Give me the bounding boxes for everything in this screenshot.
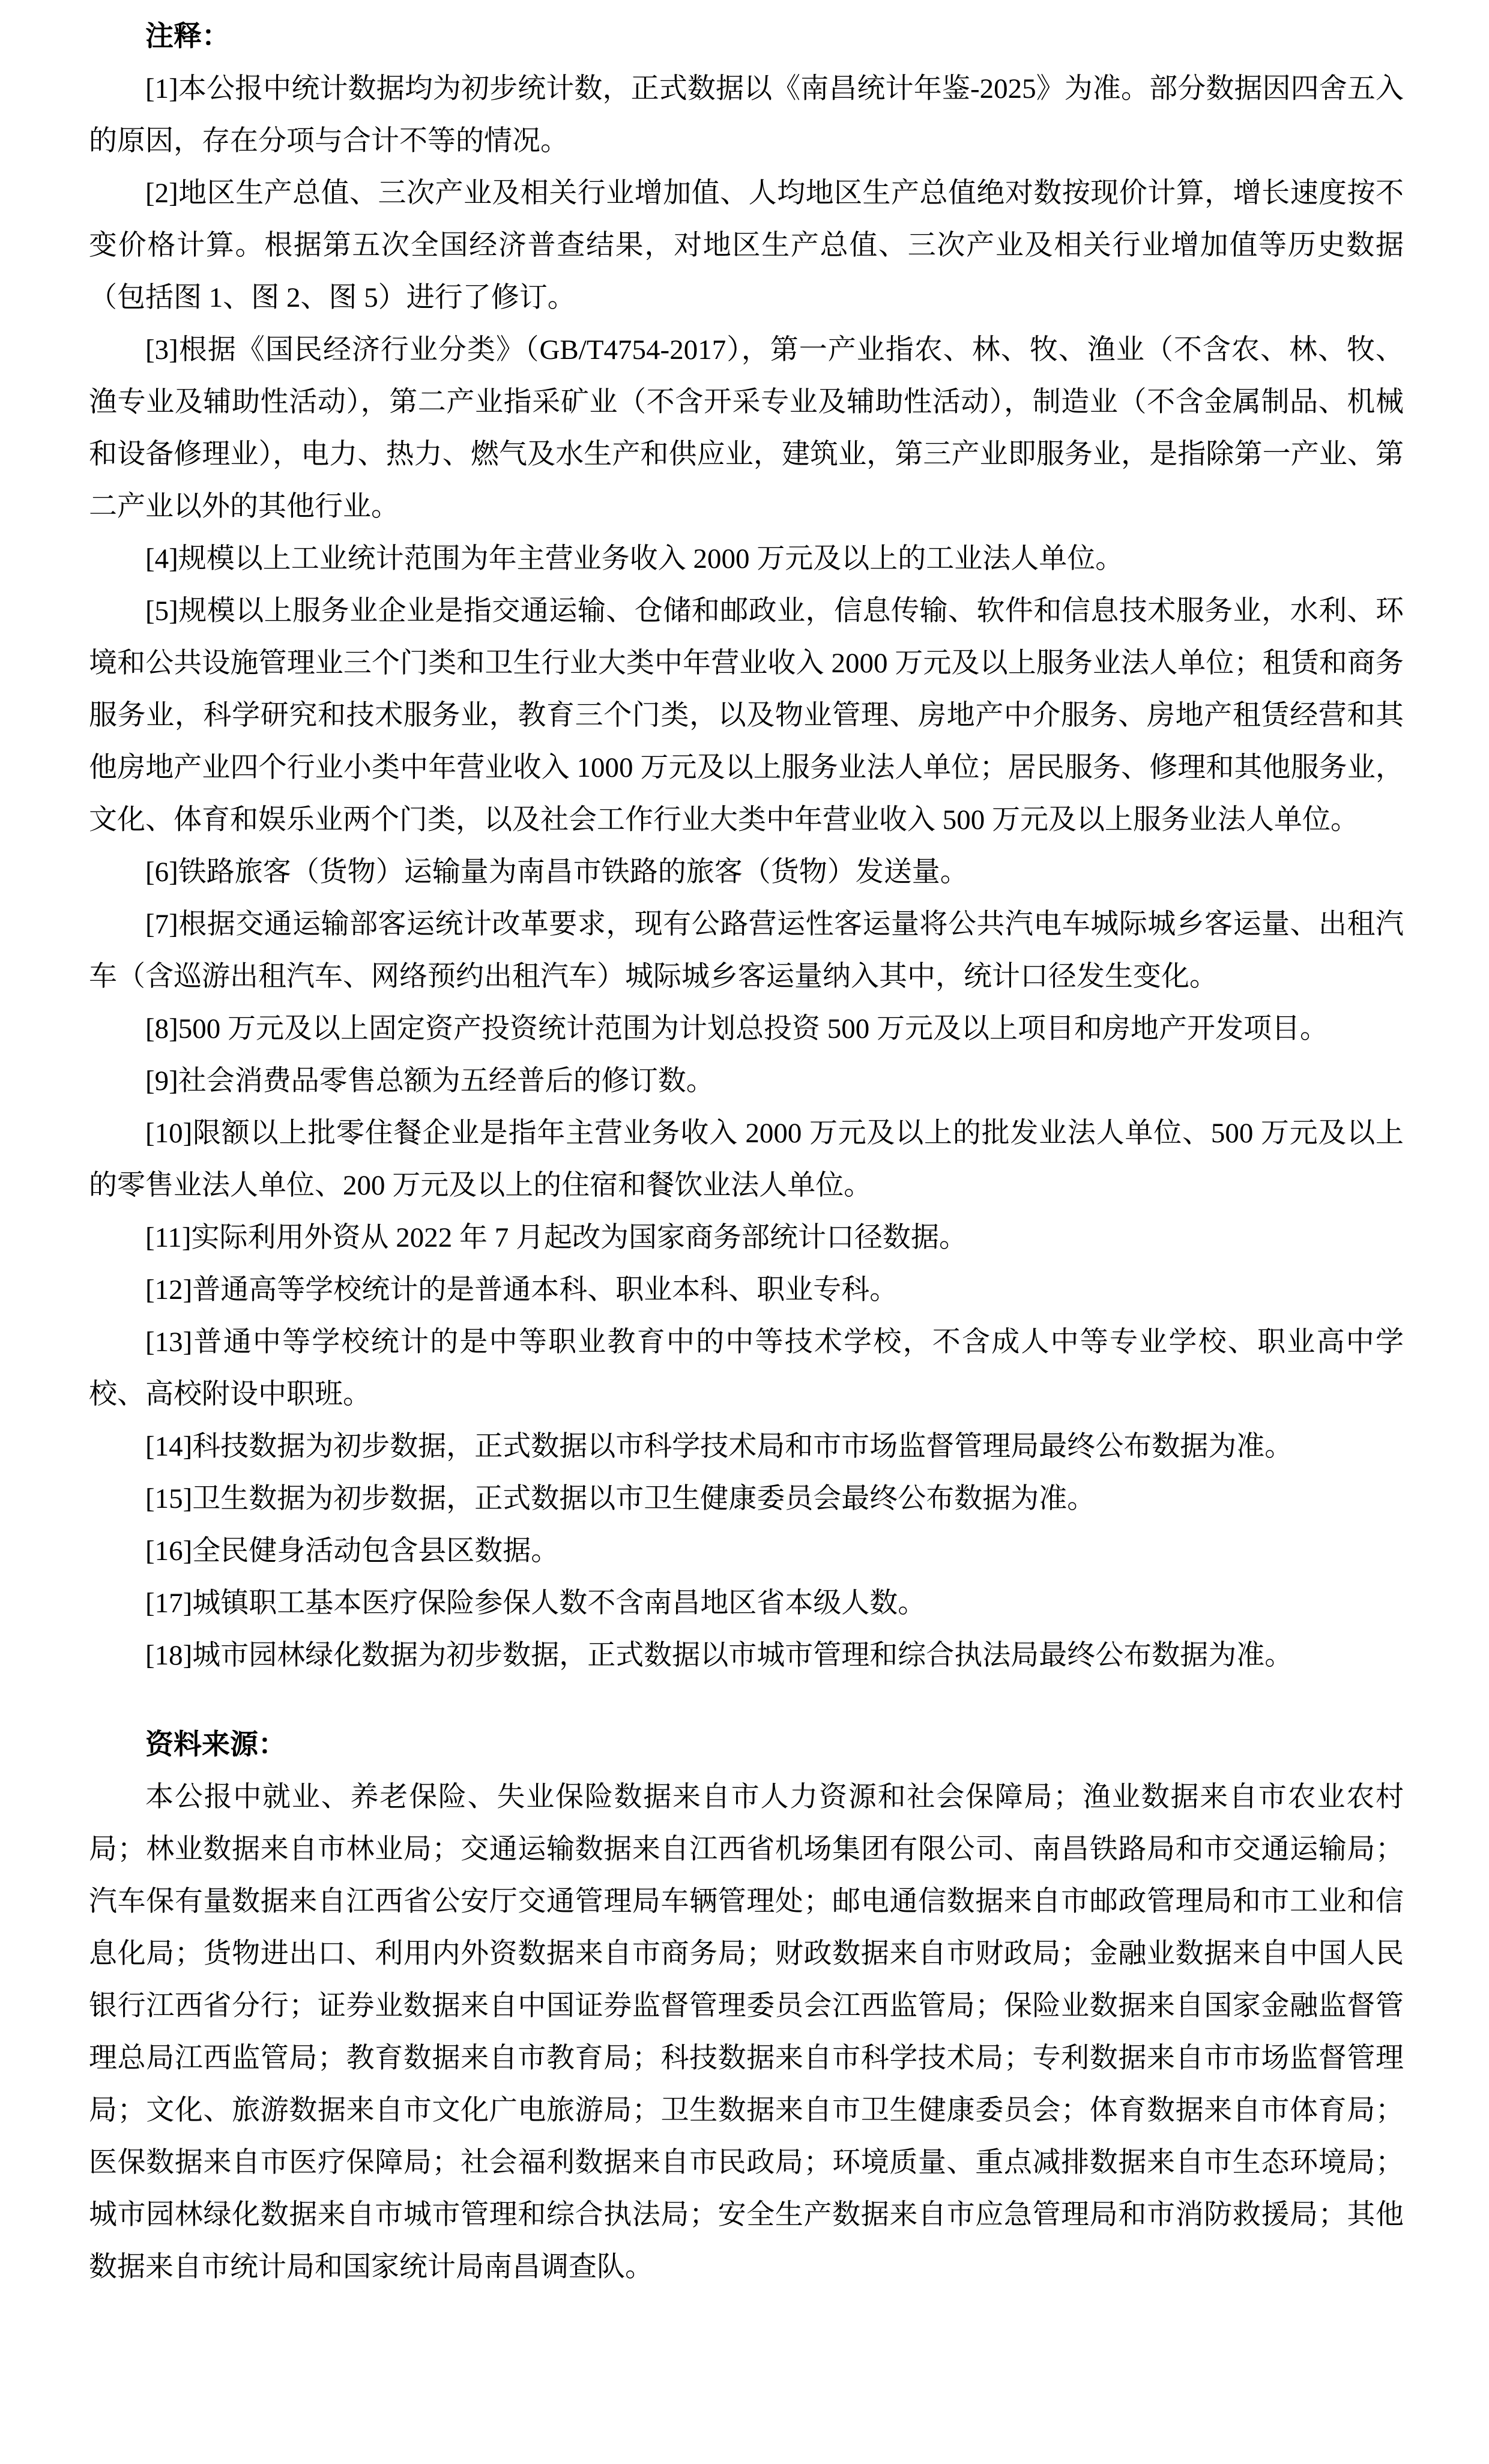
note-paragraph: [13]普通中等学校统计的是中等职业教育中的中等技术学校，不含成人中等专业学校、… bbox=[89, 1316, 1404, 1421]
sources-heading: 资料来源： bbox=[89, 1719, 1404, 1771]
note-paragraph: [16]全民健身活动包含县区数据。 bbox=[89, 1525, 1404, 1577]
note-paragraph: [10]限额以上批零住餐企业是指年主营业务收入 2000 万元及以上的批发业法人… bbox=[89, 1107, 1404, 1212]
note-paragraph: [12]普通高等学校统计的是普通本科、职业本科、职业专科。 bbox=[89, 1264, 1404, 1316]
note-paragraph: [8]500 万元及以上固定资产投资统计范围为计划总投资 500 万元及以上项目… bbox=[89, 1003, 1404, 1055]
note-paragraph: [7]根据交通运输部客运统计改革要求，现有公路营运性客运量将公共汽电车城际城乡客… bbox=[89, 899, 1404, 1003]
note-paragraph: [15]卫生数据为初步数据，正式数据以市卫生健康委员会最终公布数据为准。 bbox=[89, 1473, 1404, 1525]
note-paragraph: [4]规模以上工业统计范围为年主营业务收入 2000 万元及以上的工业法人单位。 bbox=[89, 533, 1404, 585]
note-paragraph: [5]规模以上服务业企业是指交通运输、仓储和邮政业，信息传输、软件和信息技术服务… bbox=[89, 585, 1404, 846]
notes-list: [1]本公报中统计数据均为初步统计数，正式数据以《南昌统计年鉴-2025》为准。… bbox=[89, 63, 1404, 1682]
note-paragraph: [11]实际利用外资从 2022 年 7 月起改为国家商务部统计口径数据。 bbox=[89, 1212, 1404, 1264]
sources-paragraph: 本公报中就业、养老保险、失业保险数据来自市人力资源和社会保障局；渔业数据来自市农… bbox=[89, 1771, 1404, 2294]
note-paragraph: [18]城市园林绿化数据为初步数据，正式数据以市城市管理和综合执法局最终公布数据… bbox=[89, 1630, 1404, 1682]
note-paragraph: [2]地区生产总值、三次产业及相关行业增加值、人均地区生产总值绝对数按现价计算，… bbox=[89, 167, 1404, 324]
notes-heading: 注释： bbox=[89, 11, 1404, 63]
note-paragraph: [14]科技数据为初步数据，正式数据以市科学技术局和市市场监督管理局最终公布数据… bbox=[89, 1421, 1404, 1473]
note-paragraph: [17]城镇职工基本医疗保险参保人数不含南昌地区省本级人数。 bbox=[89, 1577, 1404, 1630]
note-paragraph: [9]社会消费品零售总额为五经普后的修订数。 bbox=[89, 1055, 1404, 1107]
bulletin-notes-page: 注释： [1]本公报中统计数据均为初步统计数，正式数据以《南昌统计年鉴-2025… bbox=[0, 0, 1489, 2464]
note-paragraph: [3]根据《国民经济行业分类》（GB/T4754-2017），第一产业指农、林、… bbox=[89, 324, 1404, 533]
note-paragraph: [6]铁路旅客（货物）运输量为南昌市铁路的旅客（货物）发送量。 bbox=[89, 846, 1404, 899]
note-paragraph: [1]本公报中统计数据均为初步统计数，正式数据以《南昌统计年鉴-2025》为准。… bbox=[89, 63, 1404, 167]
